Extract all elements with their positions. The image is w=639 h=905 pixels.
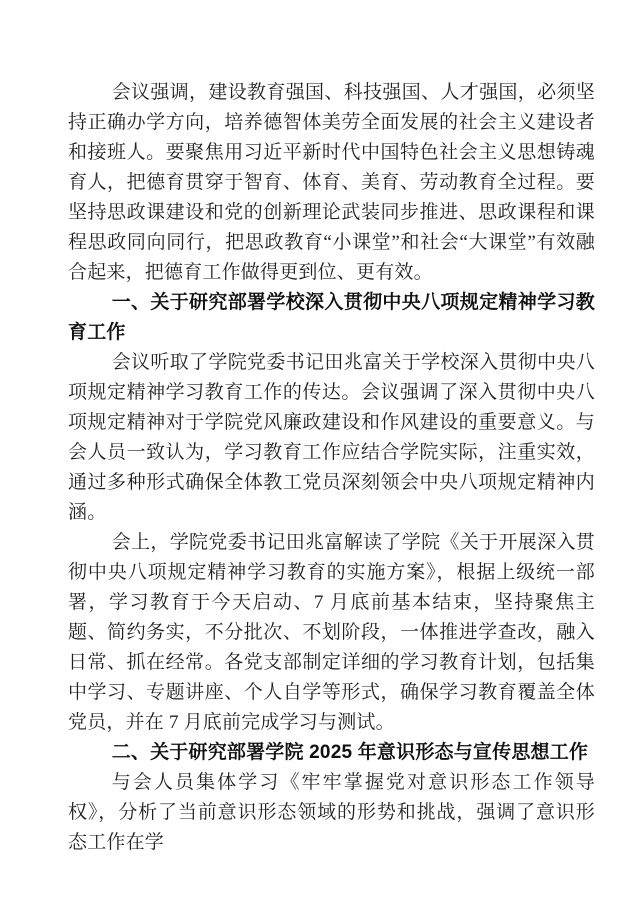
paragraph-section1-plan: 会上，学院党委书记田兆富解读了学院《关于开展深入贯彻中央八项规定精神学习教育的实… <box>68 528 595 738</box>
paragraph-section1-summary: 会议听取了学院党委书记田兆富关于学校深入贯彻中央八项规定精神学习教育工作的传达。… <box>68 348 595 528</box>
paragraph-intro: 会议强调，建设教育强国、科技强国、人才强国，必须坚持正确办学方向，培养德智体美劳… <box>68 78 595 288</box>
paragraph-section2-truncated: 与会人员集体学习《牢牢掌握党对意识形态工作领导权》，分析了当前意识形态领域的形势… <box>68 768 595 858</box>
document-page: 会议强调，建设教育强国、科技强国、人才强国，必须坚持正确办学方向，培养德智体美劳… <box>0 0 639 905</box>
section-heading-1: 一、关于研究部署学校深入贯彻中央八项规定精神学习教育工作 <box>68 288 595 348</box>
section-heading-2: 二、关于研究部署学院 2025 年意识形态与宣传思想工作 <box>68 738 595 768</box>
